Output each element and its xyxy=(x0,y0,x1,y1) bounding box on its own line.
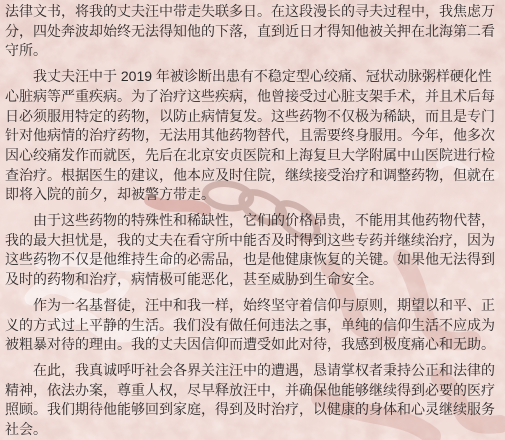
paragraph-5: 在此，我真诚呼吁社会各界关注汪中的遭遇，恳请掌权者秉持公正和法律的精神，依法办案… xyxy=(5,361,500,440)
letter-body: 法律文书，将我的丈夫汪中带走失联多日。在这段漫长的寻夫过程中，我焦虑万分，四处奔… xyxy=(0,0,505,440)
paragraph-1: 法律文书，将我的丈夫汪中带走失联多日。在这段漫长的寻夫过程中，我焦虑万分，四处奔… xyxy=(5,2,500,61)
page: { "colors": { "background": "#f2ded9", "… xyxy=(0,0,505,440)
paragraph-4: 作为一名基督徒，汪中和我一样，始终坚守着信仰与原则，期望以和平、正义的方式过上平… xyxy=(5,296,500,355)
paragraph-3: 由于这些药物的特殊性和稀缺性，它们的价格昂贵，不能用其他药物代替，我的最大担忧是… xyxy=(5,211,500,290)
paragraph-2: 我丈夫汪中于 2019 年被诊断出患有不稳定型心绞痛、冠状动脉粥样硬化性心脏病等… xyxy=(5,67,500,205)
document-page: 法律文书，将我的丈夫汪中带走失联多日。在这段漫长的寻夫过程中，我焦虑万分，四处奔… xyxy=(0,0,505,440)
